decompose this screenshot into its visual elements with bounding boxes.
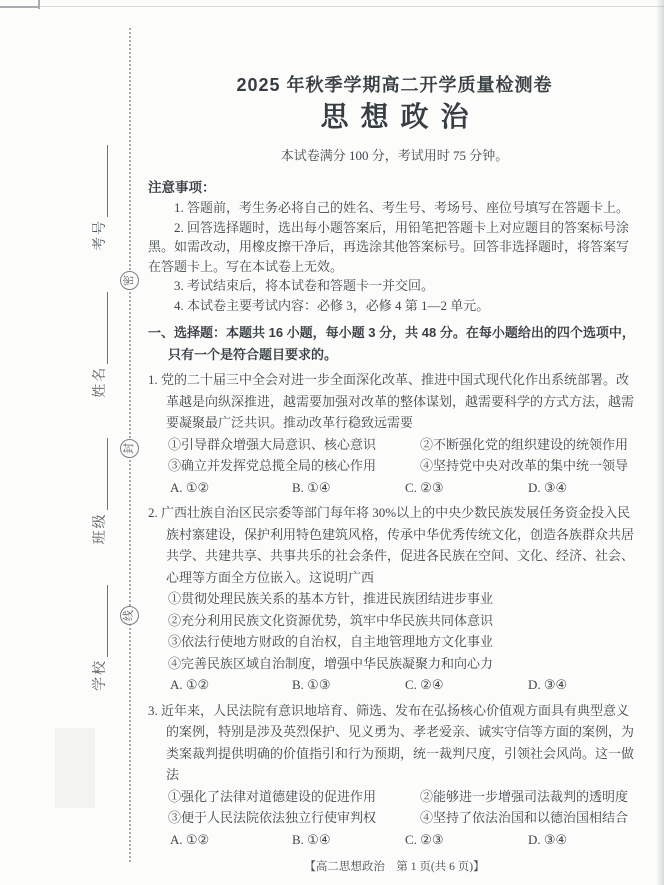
suboption: ②充分利用民族文化资源优势，筑牢中华民族共同体意识 <box>168 610 641 632</box>
question-suboptions-row: ①贯彻处理民族关系的基本方针，推进民族团结进步事业 <box>148 588 641 610</box>
seal-char-xian: 线 <box>120 606 139 625</box>
answer-choices-row: A. ①② B. ①③ C. ②④ D. ③④ <box>148 674 641 696</box>
scan-top-hairline <box>0 6 664 7</box>
blank-line <box>107 585 108 657</box>
scan-corner-line-vertical <box>38 0 40 9</box>
choice-a: A. ①② <box>170 674 292 696</box>
answer-choices-row: A. ①② B. ①④ C. ②③ D. ③④ <box>148 829 641 851</box>
choice-c: C. ②③ <box>405 477 528 499</box>
seal-field-label: 考号 <box>90 219 112 251</box>
page-footer: 【高二思想政治 第 1 页(共 6 页)】 <box>148 859 641 875</box>
seal-field-label: 姓名 <box>90 366 112 398</box>
seal-char-mi: 密 <box>120 271 139 290</box>
notices-heading: 注意事项： <box>148 178 641 198</box>
exam-content: 2025 年秋季学期高二开学质量检测卷 思想政治 本试卷满分 100 分，考试用… <box>148 62 641 875</box>
question-2: 2. 广西壮族自治区民宗委等部门每年将 30%以上的中央少数民族发展任务资金投入… <box>148 502 641 696</box>
question-stem: 3. 近年来，人民法院有意识地培育、筛选、发布在弘扬核心价值观方面具有典型意义的… <box>148 700 641 786</box>
suboption: ④坚持党中央对改革的集中统一领导 <box>420 455 641 477</box>
exam-paper-page: 学校 班级 姓名 考号 密 封 线 2025 年秋季学期高二开学质量检测卷 思想… <box>0 0 664 885</box>
suboption: ①贯彻处理民族关系的基本方针，推进民族团结进步事业 <box>168 588 641 610</box>
choice-d: D. ③④ <box>528 477 641 499</box>
question-suboptions-row: ③确立并发挥党总揽全局的核心作用 ④坚持党中央对改革的集中统一领导 <box>148 455 641 477</box>
blank-line <box>107 145 108 217</box>
question-suboptions-row: ③便于人民法院依法独立行使审判权 ④坚持了依法治国和以德治国相结合 <box>148 807 641 829</box>
question-suboptions-row: ②充分利用民族文化资源优势，筑牢中华民族共同体意识 <box>148 610 641 632</box>
suboption: ④完善民族区域自治制度，增强中华民族凝聚力和向心力 <box>168 653 641 675</box>
choice-d: D. ③④ <box>528 674 641 696</box>
seal-field-examno: 考号 <box>90 143 112 251</box>
section-header: 一、选择题：本题共 16 小题，每小题 3 分，共 48 分。在每小题给出的四个… <box>148 322 641 365</box>
seal-field-class: 班级 <box>90 436 112 544</box>
question-suboptions-row: ①强化了法律对道德建设的促进作用 ②能够进一步增强司法裁判的透明度 <box>148 786 641 808</box>
seal-field-name: 姓名 <box>90 290 112 398</box>
answer-choices-row: A. ①② B. ①④ C. ②③ D. ③④ <box>148 477 641 499</box>
scan-edge-shadow <box>656 0 664 885</box>
suboption: ①引导群众增强大局意识、核心意识 <box>168 434 420 456</box>
seal-char-feng: 封 <box>120 439 139 458</box>
question-suboptions-row: ①引导群众增强大局意识、核心意识 ②不断强化党的组织建设的统领作用 <box>148 434 641 456</box>
scan-corner-line-horizontal <box>0 6 39 8</box>
question-stem: 2. 广西壮族自治区民宗委等部门每年将 30%以上的中央少数民族发展任务资金投入… <box>148 502 641 588</box>
question-suboptions-row: ④完善民族区域自治制度，增强中华民族凝聚力和向心力 <box>148 653 641 675</box>
suboption: ④坚持了依法治国和以德治国相结合 <box>420 807 641 829</box>
scan-smudge <box>55 728 95 808</box>
suboption: ②不断强化党的组织建设的统领作用 <box>420 434 641 456</box>
choice-c: C. ②③ <box>405 829 528 851</box>
suboption: ③便于人民法院依法独立行使审判权 <box>168 807 420 829</box>
notice-item: 3. 考试结束后，将本试卷和答题卡一并交回。 <box>148 276 641 296</box>
suboption: ②能够进一步增强司法裁判的透明度 <box>420 786 641 808</box>
notice-item: 4. 本试卷主要考试内容：必修 3，必修 4 第 1—2 单元。 <box>148 296 641 316</box>
notice-item: 2. 回答选择题时，选出每小题答案后，用铅笔把答题卡上对应题目的答案标号涂黑。如… <box>148 218 641 277</box>
choice-d: D. ③④ <box>528 829 641 851</box>
subject-title: 思想政治 <box>148 99 641 135</box>
seal-field-label: 班级 <box>90 512 112 544</box>
notices-list: 1. 答题前，考生务必将自己的姓名、考生号、考场号、座位号填写在答题卡上。 2.… <box>148 198 641 315</box>
choice-a: A. ①② <box>170 829 292 851</box>
choice-a: A. ①② <box>170 477 292 499</box>
blank-line <box>107 292 108 364</box>
seal-field-school: 学校 <box>90 583 112 691</box>
page-title: 2025 年秋季学期高二开学质量检测卷 <box>148 73 641 97</box>
question-3: 3. 近年来，人民法院有意识地培育、筛选、发布在弘扬核心价值观方面具有典型意义的… <box>148 700 641 851</box>
notice-item: 1. 答题前，考生务必将自己的姓名、考生号、考场号、座位号填写在答题卡上。 <box>148 198 641 218</box>
suboption: ③确立并发挥党总揽全局的核心作用 <box>168 455 420 477</box>
question-stem: 1. 党的二十届三中全会对进一步全面深化改革、推进中国式现代化作出系统部署。改革… <box>148 369 641 434</box>
suboption: ③依法行使地方财政的自治权，自主地管理地方文化事业 <box>168 631 641 653</box>
suboption: ①强化了法律对道德建设的促进作用 <box>168 786 420 808</box>
seal-fields: 学校 班级 姓名 考号 <box>90 143 112 691</box>
question-1: 1. 党的二十届三中全会对进一步全面深化改革、推进中国式现代化作出系统部署。改革… <box>148 369 641 498</box>
choice-b: B. ①③ <box>292 674 405 696</box>
exam-info: 本试卷满分 100 分，考试用时 75 分钟。 <box>148 147 641 165</box>
blank-line <box>107 438 108 510</box>
seal-field-label: 学校 <box>90 659 112 691</box>
question-suboptions-row: ③依法行使地方财政的自治权，自主地管理地方文化事业 <box>148 631 641 653</box>
choice-b: B. ①④ <box>292 477 405 499</box>
choice-c: C. ②④ <box>405 674 528 696</box>
choice-b: B. ①④ <box>292 829 405 851</box>
